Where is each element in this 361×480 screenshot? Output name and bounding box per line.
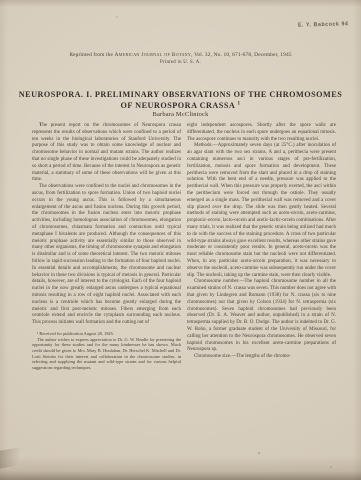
paper-speck	[258, 452, 260, 454]
author-name: Barbara McClintock	[0, 111, 361, 118]
paragraph-chromosome-number: Chromosome number.—The haploid chromosom…	[187, 279, 336, 354]
page-corner-fold	[0, 445, 30, 468]
title-footnote-marker: 1	[237, 101, 240, 106]
paper-speck	[116, 16, 118, 18]
footnote-acknowledgment: The author wishes to express appreciatio…	[32, 337, 181, 371]
article-body: The present report on the chromosomes of…	[32, 123, 336, 371]
paragraph-observations: The observations were confined to the nu…	[32, 184, 181, 327]
reprint-notice: Reprinted from the American Journal of B…	[0, 52, 361, 65]
paragraph-continuation: eight independent ascospores. Shortly af…	[187, 123, 336, 143]
article-title: NEUROSPORA. I. PRELIMINARY OBSERVATIONS …	[0, 89, 361, 111]
paragraph-methods: Methods.—Approximately seven days (at 25…	[187, 143, 336, 279]
title-line-1: NEUROSPORA. I. PRELIMINARY OBSERVATIONS …	[0, 89, 361, 100]
reprint-prefix: Reprinted from the	[69, 52, 114, 58]
printed-in-usa: Printed in U. S. A.	[0, 60, 361, 65]
journal-name: American Journal of Botany	[115, 52, 192, 58]
scanned-paper-page: E. Y. Babcock 94 Reprinted from the Amer…	[0, 0, 361, 480]
owner-stamp: E. Y. Babcock 94	[297, 21, 348, 28]
footnote-block: ¹ Received for publication August 28, 19…	[32, 331, 181, 371]
right-column: eight independent ascospores. Shortly af…	[187, 123, 336, 371]
paragraph-chromosome-size: Chromosome size.—The lengths of the chro…	[187, 354, 336, 361]
reprint-suffix: , Vol. 32, No. 10, 671-678, December, 19…	[191, 52, 292, 58]
title-line-2-text: OF NEUROSPORA CRASSA	[121, 101, 235, 110]
left-column: The present report on the chromosomes of…	[32, 123, 181, 371]
paper-speck	[330, 466, 332, 468]
reprint-citation: Reprinted from the American Journal of B…	[0, 52, 361, 58]
title-line-2: OF NEUROSPORA CRASSA 1	[0, 100, 361, 111]
paragraph-intro: The present report on the chromosomes of…	[32, 123, 181, 184]
